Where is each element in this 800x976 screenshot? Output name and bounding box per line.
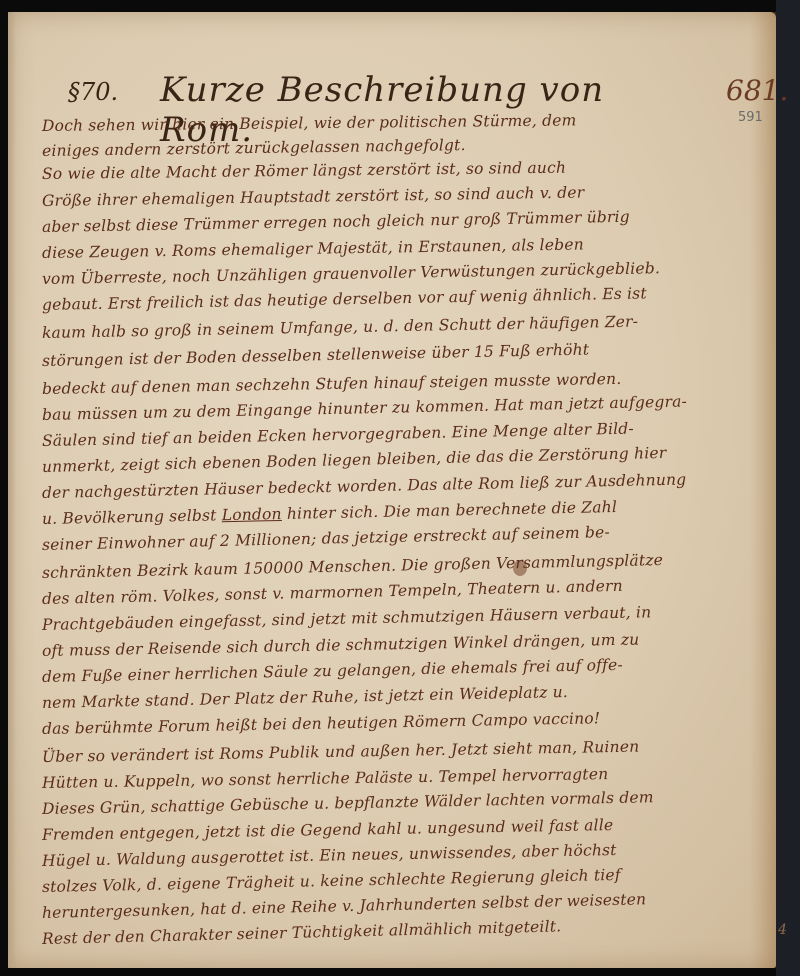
text-line: nem Markte stand. Der Platz der Ruhe, is… (42, 679, 742, 712)
text-line: Prachtgebäuden eingefasst, sind jetzt mi… (42, 601, 742, 634)
text-line: gebaut. Erst freilich ist das heutige de… (42, 283, 742, 314)
text-line: Dieses Grün, schattige Gebüsche u. bepfl… (42, 787, 742, 818)
text-line: das berühmte Forum heißt bei den heutige… (42, 707, 742, 738)
underlined-word: London (222, 505, 282, 524)
text-line: So wie die alte Macht der Römer längst z… (42, 156, 742, 183)
text-line: Fremden entgegen, jetzt ist die Gegend k… (42, 814, 742, 844)
text-line: Über so verändert ist Roms Publik und au… (42, 736, 742, 766)
corner-mark: 4 (778, 922, 787, 938)
text-line: diese Zeugen v. Roms ehemaliger Majestät… (42, 233, 742, 262)
text-line: störungen ist der Boden desselben stelle… (42, 337, 742, 370)
manuscript-page: §70. Kurze Beschreibung von Rom. 681. 59… (8, 12, 776, 968)
folio-number: 681. (726, 74, 788, 107)
book-binding (776, 0, 800, 976)
text-line: aber selbst diese Trümmer erregen noch g… (42, 206, 742, 236)
text-line: Größe ihrer ehemaligen Hauptstadt zerstö… (42, 181, 742, 210)
section-mark: §70. (68, 78, 118, 106)
page-edge-shading (750, 12, 776, 968)
text-line: einiges andern zerstört zurückgelassen n… (42, 132, 742, 160)
text-line: vom Überreste, noch Unzähligen grauenvol… (42, 258, 742, 288)
text-line: kaum halb so groß in seinem Umfange, u. … (42, 311, 742, 342)
